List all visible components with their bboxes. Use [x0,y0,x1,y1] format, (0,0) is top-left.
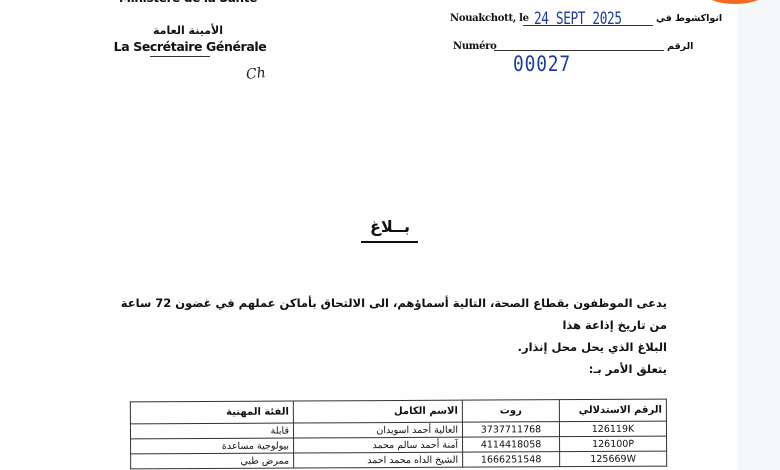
secretary-title-ar: الأمينة العامة [118,24,258,37]
body-line-1: يدعى الموظفون بقطاع الصحة، التالية أسماؤ… [120,292,667,336]
cell-rout: 3737711768 [462,422,559,438]
cell-category: ممرض طبي [131,453,294,469]
cell-id: 125669W [560,451,667,467]
number-label-ar: الرقم [667,41,693,52]
place-label-fr: Nouakchott, le [450,13,529,24]
handwritten-date: 24 SEPT 2025 [534,9,622,29]
cell-category: بيولوجية مساعدة [131,438,294,454]
secretary-title-fr: La Secrétaire Générale [110,39,270,54]
body-line-2: البلاغ الذي يحل محل إنذار. [120,336,667,358]
page-edge [738,0,780,470]
staff-table: الرقم الاستدلالي روت الاسم الكامل الفئة … [130,399,667,470]
header-category: الفئة المهنية [130,401,293,424]
table-row: 125669W 1666251548 الشيخ الداه محمد احمد… [131,451,667,469]
cell-category: قابلة [130,423,293,439]
document-page: Ministère de la Santé الأمينة العامة La … [0,0,780,470]
handwritten-number: 00027 [513,52,571,76]
table-header-row: الرقم الاستدلالي روت الاسم الكامل الفئة … [130,399,666,424]
document-title-underline [361,241,418,243]
number-label-fr: Numéro [453,41,497,52]
place-label-ar: انواكشوط في [656,13,722,24]
cell-rout: 1666251548 [463,452,560,468]
cell-id: 126119K [559,421,666,437]
title-underline [150,56,210,57]
cell-rout: 4114418058 [463,437,560,453]
cell-name: الشيخ الداه محمد احمد [294,452,463,468]
number-line [494,50,664,51]
cell-id: 126100P [560,436,667,452]
ministry-name: Ministère de la Santé [118,0,258,5]
header-name: الاسم الكامل [293,400,462,423]
cell-name: آمنة أحمد سالم محمد [294,437,463,453]
cell-name: العالية أحمد اسويدان [293,422,462,438]
header-rout: روت [462,400,559,423]
header-id: الرقم الاستدلالي [559,399,666,422]
handwritten-initials: Ch [245,65,266,83]
body-line-3: يتعلق الأمر بـ: [120,358,667,380]
document-title: بــلاغ [352,217,428,236]
notice-body: يدعى الموظفون بقطاع الصحة، التالية أسماؤ… [120,292,667,380]
